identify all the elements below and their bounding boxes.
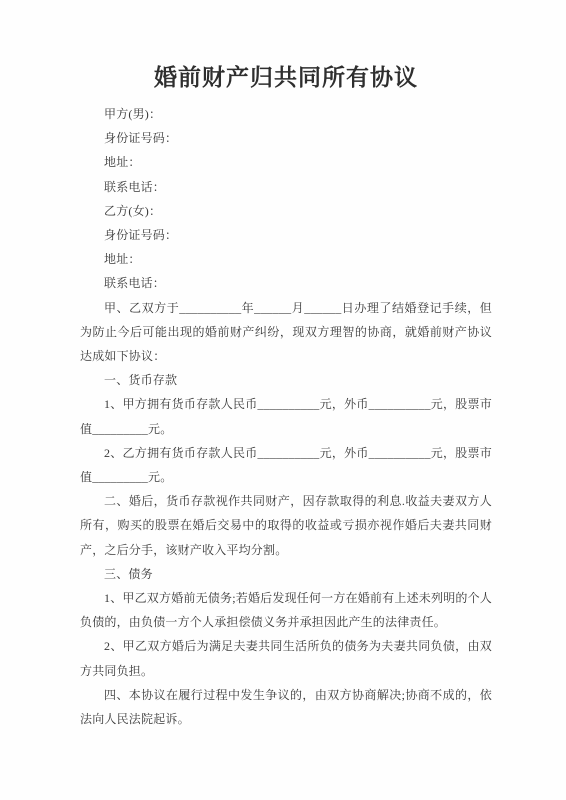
- party-b-address-line: 地址：: [80, 247, 492, 271]
- party-a-name-line: 甲方(男)：: [80, 102, 492, 126]
- section-three-item-2: 2、甲乙双方婚后为满足夫妻共同生活所负的债务为夫妻共同负债，由双方共同负担。: [80, 634, 492, 682]
- party-b-id-line: 身份证号码：: [80, 223, 492, 247]
- preamble-paragraph: 甲、乙双方于__________年______月______日办理了结婚登记手续…: [80, 296, 492, 369]
- party-a-phone-line: 联系电话：: [80, 175, 492, 199]
- party-a-address-line: 地址：: [80, 150, 492, 174]
- section-one-heading: 一、货币存款: [80, 368, 492, 392]
- party-a-id-line: 身份证号码：: [80, 126, 492, 150]
- section-one-item-1: 1、甲方拥有货币存款人民币__________元，外币__________元，股…: [80, 392, 492, 440]
- agreement-document-page: 婚前财产归共同所有协议 甲方(男)： 身份证号码： 地址： 联系电话： 乙方(女…: [0, 0, 566, 800]
- document-content: 婚前财产归共同所有协议 甲方(男)： 身份证号码： 地址： 联系电话： 乙方(女…: [0, 0, 566, 761]
- section-four-paragraph: 四、本协议在履行过程中发生争议的，由双方协商解决;协商不成的，依法向人民法院起诉…: [80, 683, 492, 731]
- page-title: 婚前财产归共同所有协议: [80, 62, 492, 94]
- section-two-paragraph: 二、婚后，货币存款视作共同财产，因存款取得的利息.收益夫妻双方人所有，购买的股票…: [80, 489, 492, 562]
- party-b-name-line: 乙方(女)：: [80, 199, 492, 223]
- section-three-heading: 三、债务: [80, 562, 492, 586]
- party-b-phone-line: 联系电话：: [80, 271, 492, 295]
- section-one-item-2: 2、乙方拥有货币存款人民币__________元，外币__________元，股…: [80, 441, 492, 489]
- section-three-item-1: 1、甲乙双方婚前无债务;若婚后发现任何一方在婚前有上述未列明的个人负债的，由负债…: [80, 586, 492, 634]
